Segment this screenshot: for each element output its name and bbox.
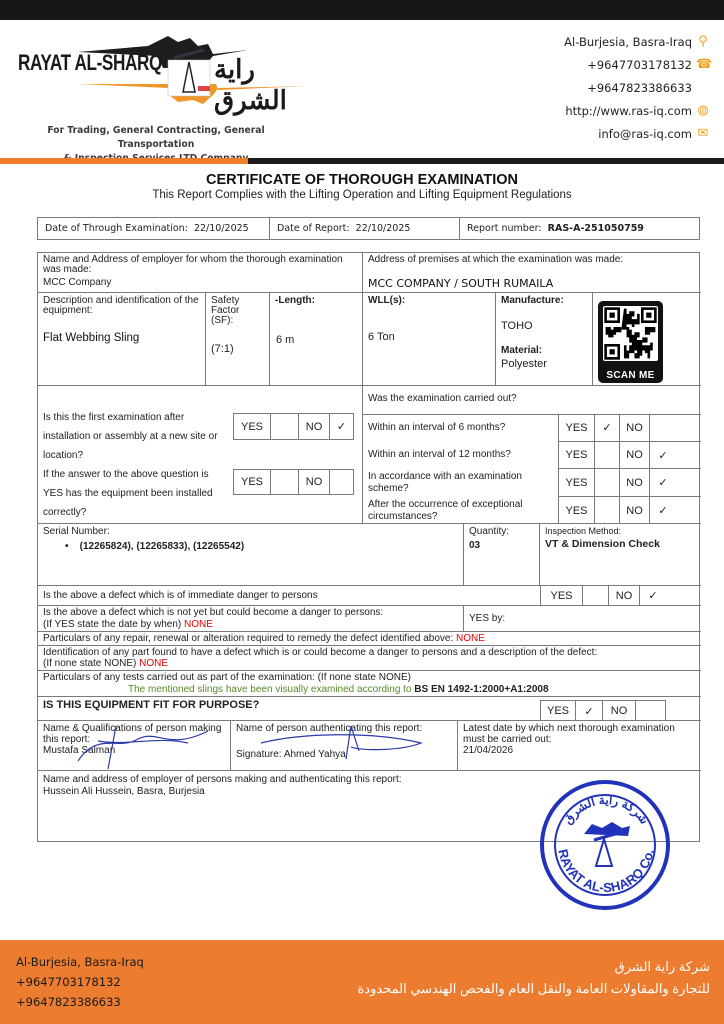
svg-text:RAYAT AL-SHARQ Co.: RAYAT AL-SHARQ Co. xyxy=(555,848,656,896)
first-exam-no-checkbox[interactable]: ✓ xyxy=(329,414,353,439)
report-number-cell: Report number: RAS-A-251050759 xyxy=(460,218,700,240)
repair-label: Particulars of any repair, renewal or al… xyxy=(43,633,453,644)
footer-arabic-line-1: شركة راية الشرق xyxy=(358,956,711,978)
globe-icon: ◍ xyxy=(696,104,710,118)
report-maker-cell: Name & Qualifications of person making t… xyxy=(38,721,231,771)
manufacture-label: Manufacture: xyxy=(501,296,564,306)
first-exam-yes-checkbox[interactable] xyxy=(270,414,298,439)
footer-arabic-name: شركة راية الشرق للتجارة والمقاولات العام… xyxy=(358,956,711,1000)
yes-label: YES xyxy=(541,585,582,606)
interval-12-yes-checkbox[interactable] xyxy=(594,442,619,468)
contact-phone-2[interactable]: +9647823386633 xyxy=(564,76,710,99)
tests-label: Particulars of any tests carried out as … xyxy=(43,672,411,684)
footer-phone-2[interactable]: +9647823386633 xyxy=(16,992,144,1012)
contact-address: Al-Burjesia, Basra-Iraq⚲ xyxy=(564,30,710,53)
exam-date-value: 22/10/2025 xyxy=(194,223,249,234)
immediate-danger-row: Is the above a defect which is of immedi… xyxy=(38,586,701,606)
employer-label: Name and Address of employer for whom th… xyxy=(43,255,353,275)
accent-stripe-dark xyxy=(248,158,724,164)
manufacture-cell: Manufacture: TOHO Material: Polyester xyxy=(496,293,593,386)
address-text: Al-Burjesia, Basra-Iraq xyxy=(564,35,692,49)
fit-no-checkbox[interactable] xyxy=(635,701,666,721)
inspection-method-cell: Inspection Method: VT & Dimension Check xyxy=(540,524,701,586)
exam-carried-out-heading: Was the examination carried out? xyxy=(368,393,517,404)
scheme-no-checkbox[interactable]: ✓ xyxy=(649,469,676,496)
next-exam-cell: Latest date by which next thorough exami… xyxy=(458,721,701,771)
telephone-icon: ☎ xyxy=(696,58,710,72)
yes-by-cell: YES by: xyxy=(464,606,701,632)
first-exam-yes-no: YES NO ✓ xyxy=(233,413,354,440)
inspection-method-value: VT & Dimension Check xyxy=(545,538,660,550)
no-label: NO xyxy=(619,414,649,441)
footer-bar: Al-Burjesia, Basra-Iraq +9647703178132 +… xyxy=(0,940,724,1024)
exceptional-yes-checkbox[interactable] xyxy=(594,497,619,524)
yes-label: YES xyxy=(559,469,594,496)
immediate-no-checkbox[interactable]: ✓ xyxy=(639,585,666,606)
defect-part-value: NONE xyxy=(139,658,168,669)
spacer-icon xyxy=(696,81,710,95)
repair-row: Particulars of any repair, renewal or al… xyxy=(38,632,701,646)
logo-text-en: RAYAT AL-SHARQ xyxy=(18,50,162,76)
website-link[interactable]: http://www.ras-iq.com xyxy=(565,104,692,118)
scheme-question: In accordance with an examination scheme… xyxy=(368,471,548,495)
first-exam-question: Is this the first examination after inst… xyxy=(43,408,231,465)
next-exam-value: 21/04/2026 xyxy=(463,745,513,756)
interval-6-no-checkbox[interactable] xyxy=(649,414,676,441)
interval-12-yes-no: YESNO✓ xyxy=(558,442,701,469)
maker-signature-icon xyxy=(68,721,218,771)
exceptional-yes-no: YESNO✓ xyxy=(558,497,701,524)
yes-label: YES xyxy=(234,470,270,494)
safety-factor-label: Safety Factor (SF): xyxy=(211,296,251,326)
interval-6-yes-no: YES✓NO xyxy=(558,414,701,442)
fit-for-purpose-label: IS THIS EQUIPMENT FIT FOR PURPOSE? xyxy=(43,699,259,711)
employer-cell: Name and Address of employer for whom th… xyxy=(38,253,363,293)
footer-phone-1[interactable]: +9647703178132 xyxy=(16,972,144,992)
inspection-method-label: Inspection Method: xyxy=(545,526,621,536)
certificate-subtitle: This Report Complies with the Lifting Op… xyxy=(0,189,724,201)
report-dates-table: Date of Through Examination: 22/10/2025 … xyxy=(37,217,700,240)
report-number-value: RAS-A-251050759 xyxy=(548,223,644,234)
interval-12-no-checkbox[interactable]: ✓ xyxy=(649,442,676,468)
authenticator-signature-icon xyxy=(251,721,451,761)
defect-part-sub: (If none state NONE) xyxy=(43,658,136,669)
exceptional-question: After the occurrence of exceptional circ… xyxy=(368,499,548,523)
yes-label: YES xyxy=(559,497,594,524)
logo-text-ar: راية الشرق xyxy=(214,54,328,116)
premises-cell: Address of premises at which the examina… xyxy=(363,253,701,293)
envelope-icon: ✉ xyxy=(696,127,710,141)
scheme-yes-no: YESNO✓ xyxy=(558,469,701,497)
footer-contact: Al-Burjesia, Basra-Iraq +9647703178132 +… xyxy=(16,952,144,1012)
tagline-line-1: For Trading, General Contracting, Genera… xyxy=(18,124,294,152)
footer-arabic-line-2: للتجارة والمقاولات العامة والنقل العام و… xyxy=(358,978,711,1000)
tests-row: Particulars of any tests carried out as … xyxy=(38,671,701,697)
quantity-label: Quantity: xyxy=(469,527,509,537)
no-label: NO xyxy=(619,469,649,496)
material-label: Material: xyxy=(501,346,542,356)
certificate-title: CERTIFICATE OF THOROUGH EXAMINATION xyxy=(0,172,724,188)
stamp-emblem-icon: شركة راية الشرق RAYAT AL-SHARQ Co. xyxy=(544,784,666,906)
wll-label: WLL(s): xyxy=(368,296,405,306)
report-number-label: Report number: xyxy=(467,223,542,234)
phone-2-text[interactable]: +9647823386633 xyxy=(587,81,692,95)
future-danger-label: Is the above a defect which is not yet b… xyxy=(43,607,383,619)
tests-value: The mentioned slings have been visually … xyxy=(128,684,412,695)
examination-form: Name and Address of employer for whom th… xyxy=(37,252,700,842)
installed-correctly-question: If the answer to the above question is Y… xyxy=(43,465,231,522)
phone-1-text[interactable]: +9647703178132 xyxy=(587,58,692,72)
equipment-desc-cell: Description and identification of the eq… xyxy=(38,293,206,386)
installed-yes-checkbox[interactable] xyxy=(270,470,298,494)
no-label: NO xyxy=(619,442,649,468)
future-danger-sub: (If YES state the date by when) xyxy=(43,619,181,630)
fit-yes-no: YES ✓ NO xyxy=(540,700,666,721)
interval-6-yes-checkbox[interactable]: ✓ xyxy=(594,414,619,441)
immediate-yes-checkbox[interactable] xyxy=(582,585,608,606)
report-date-label: Date of Report: xyxy=(277,223,350,234)
manufacture-value: TOHO xyxy=(501,320,533,332)
premises-label: Address of premises at which the examina… xyxy=(368,255,623,265)
authenticator-cell: Name of person authenticating this repor… xyxy=(231,721,458,771)
no-label: NO xyxy=(298,470,329,494)
no-label: NO xyxy=(602,701,635,721)
scan-me-label: SCAN ME xyxy=(598,370,663,381)
serial-number-cell: Serial Number: • (12265824), (12265833),… xyxy=(38,524,464,586)
qr-code-icon xyxy=(603,306,658,361)
equipment-desc-label: Description and identification of the eq… xyxy=(43,296,203,316)
contact-phone-1[interactable]: +9647703178132☎ xyxy=(564,53,710,76)
persons-employer-label: Name and address of employer of persons … xyxy=(43,774,402,786)
no-label: NO xyxy=(298,414,329,439)
yes-label: YES xyxy=(559,414,594,441)
exam-carried-out-questions: Was the examination carried out? Within … xyxy=(363,386,701,524)
repair-value: NONE xyxy=(456,633,485,644)
email-link[interactable]: info@ras-iq.com xyxy=(598,127,692,141)
quantity-cell: Quantity: 03 xyxy=(464,524,540,586)
future-danger-cell: Is the above a defect which is not yet b… xyxy=(38,606,464,632)
immediate-danger-yes-no: YES NO ✓ xyxy=(540,585,666,606)
installed-yes-no: YES NO xyxy=(233,469,354,495)
safety-factor-value: (7:1) xyxy=(211,343,234,355)
safety-factor-cell: Safety Factor (SF): (7:1) xyxy=(206,293,270,386)
wll-value: 6 Ton xyxy=(368,331,395,343)
report-date-cell: Date of Report: 22/10/2025 xyxy=(270,218,460,240)
persons-employer-value: Hussein Ali Hussein, Basra, Burjesia xyxy=(43,786,205,798)
company-stamp: شركة راية الشرق RAYAT AL-SHARQ Co. xyxy=(540,780,670,910)
serial-number-value: (12265824), (12265833), (12265542) xyxy=(80,541,245,552)
material-value: Polyester xyxy=(501,358,547,370)
interval-6-question: Within an interval of 6 months? xyxy=(368,422,505,433)
exam-yes-no-grid: YES✓NO YESNO✓ YESNO✓ YESNO✓ xyxy=(558,414,701,524)
defect-part-row: Identification of any part found to have… xyxy=(38,646,701,671)
equipment-desc-value: Flat Webbing Sling xyxy=(43,332,139,344)
scheme-yes-checkbox[interactable] xyxy=(594,469,619,496)
yes-by-label: YES by: xyxy=(469,613,505,624)
tests-standard: BS EN 1492-1:2000+A1:2008 xyxy=(414,684,548,695)
immediate-danger-label: Is the above a defect which is of immedi… xyxy=(43,590,318,601)
yes-label: YES xyxy=(234,414,270,439)
footer-address: Al-Burjesia, Basra-Iraq xyxy=(16,952,144,972)
contact-info: Al-Burjesia, Basra-Iraq⚲ +9647703178132☎… xyxy=(564,30,710,145)
yes-label: YES xyxy=(541,701,575,721)
report-date-value: 22/10/2025 xyxy=(356,223,411,234)
exceptional-no-checkbox[interactable]: ✓ xyxy=(649,497,676,524)
fit-for-purpose-row: IS THIS EQUIPMENT FIT FOR PURPOSE? YES ✓… xyxy=(38,697,701,721)
qr-code[interactable]: SCAN ME xyxy=(598,301,663,383)
installed-no-checkbox[interactable] xyxy=(329,470,353,494)
employer-value: MCC Company xyxy=(43,277,111,288)
contact-email[interactable]: info@ras-iq.com✉ xyxy=(564,122,710,145)
wll-cell: WLL(s): 6 Ton xyxy=(363,293,496,386)
interval-12-question: Within an interval of 12 months? xyxy=(368,449,511,460)
exam-date-cell: Date of Through Examination: 22/10/2025 xyxy=(38,218,270,240)
no-label: NO xyxy=(608,585,639,606)
next-exam-label: Latest date by which next thorough exami… xyxy=(463,723,683,745)
future-danger-value: NONE xyxy=(184,619,213,630)
length-value: 6 m xyxy=(276,334,294,346)
serial-number-label: Serial Number: xyxy=(43,527,110,537)
location-pin-icon: ⚲ xyxy=(696,35,710,49)
fit-yes-checkbox[interactable]: ✓ xyxy=(575,701,602,721)
quantity-value: 03 xyxy=(469,540,480,551)
accent-stripe-orange xyxy=(0,158,248,164)
length-cell: -Length: 6 m xyxy=(270,293,363,386)
yes-label: YES xyxy=(559,442,594,468)
exam-date-label: Date of Through Examination: xyxy=(45,223,188,234)
length-label: -Length: xyxy=(275,296,315,306)
top-bar xyxy=(0,0,724,20)
premises-value: MCC COMPANY / SOUTH RUMAILA xyxy=(368,277,553,290)
first-exam-questions: Is this the first examination after inst… xyxy=(38,386,363,524)
no-label: NO xyxy=(619,497,649,524)
contact-website[interactable]: http://www.ras-iq.com◍ xyxy=(564,99,710,122)
company-logo: RAYAT AL-SHARQ راية الشرق xyxy=(18,28,328,108)
svg-text:شركة راية الشرق: شركة راية الشرق xyxy=(560,793,651,827)
